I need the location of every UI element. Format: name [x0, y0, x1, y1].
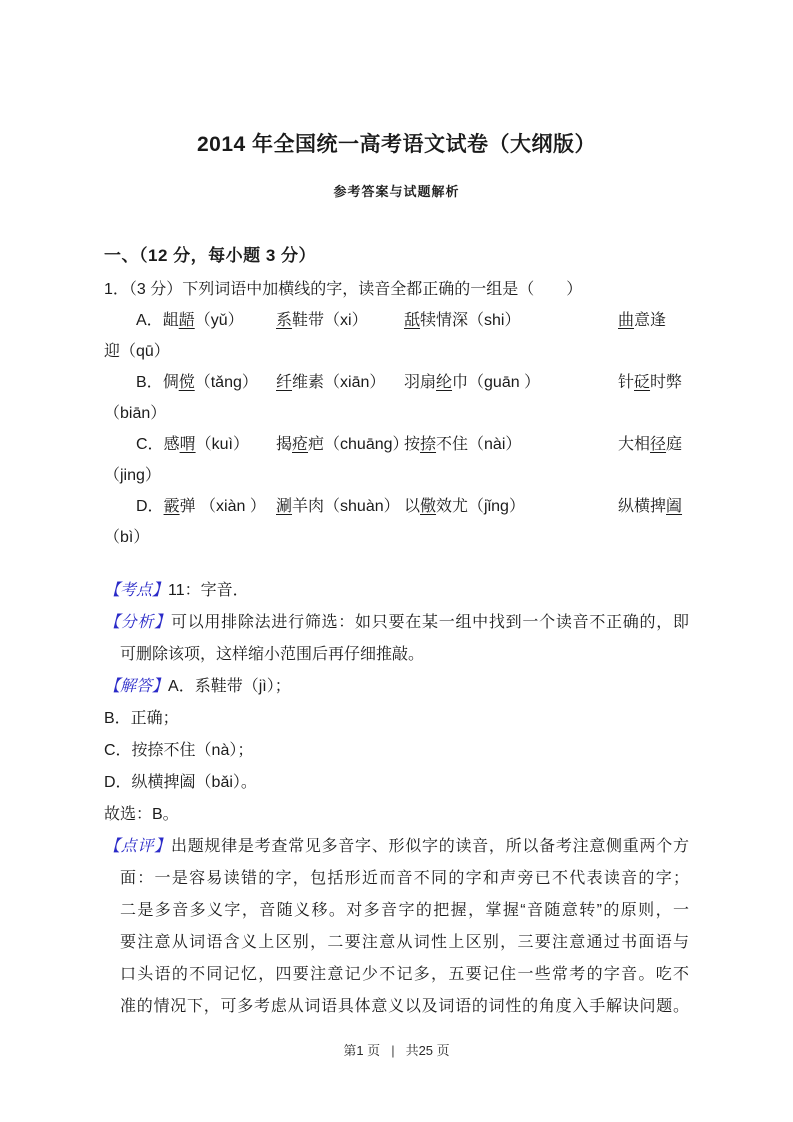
kaodian-text: 11：字音． — [168, 582, 249, 599]
option-A: A．龃龉（yǔ）系鞋带（xi）舐犊情深（shi）曲意逢迎（qū） — [104, 305, 689, 367]
underlined-char: 径 — [650, 436, 666, 453]
option-wrap-text: （biān） — [104, 398, 689, 429]
phrase-text: 维素（xiān） — [292, 374, 385, 391]
phrase-text: 感 — [164, 436, 180, 453]
underlined-char: 纤 — [276, 374, 292, 391]
phrase-text: 按 — [404, 436, 420, 453]
phrase-text: 龃 — [163, 312, 179, 329]
phrase-text: （kuì） — [196, 436, 249, 453]
phrase-text: （yǔ） — [195, 312, 244, 329]
jieda-line-1: 【解答】A．系鞋带（jì）； — [104, 671, 689, 703]
option-B: B．倜傥（tǎng）纤维素（xiān）羽扇纶巾（guān ）针砭时弊（biān） — [104, 367, 689, 429]
option-label: D． — [136, 498, 164, 515]
dianping-line-2: 面：一是容易读错的字，包括形近而音不同的字和声旁已不代表读音的字； — [104, 863, 689, 895]
option-phrase: 针砭时弊 — [618, 374, 682, 391]
underlined-char: 阖 — [666, 498, 682, 515]
phrase-text: 疤（chuāng） — [308, 436, 409, 453]
footer-separator: | — [391, 1043, 394, 1058]
phrase-text: 时弊 — [650, 374, 682, 391]
phrase-text: （tǎng） — [195, 374, 258, 391]
dianping-line-1: 【点评】出题规律是考查常见多音字、形似字的读音，所以备考注意侧重两个方 — [104, 831, 689, 863]
phrase-text: 巾（guān ） — [452, 374, 540, 391]
page-subtitle: 参考答案与试题解析 — [104, 184, 689, 200]
option-phrase: A．龃龉（yǔ） — [136, 305, 276, 336]
option-phrase: 以儆效尤（jǐng） — [404, 491, 618, 522]
option-wrap-text: （jing） — [104, 460, 689, 491]
option-wrap-text: 迎（qū） — [104, 336, 689, 367]
jieda-label: 【解答】 — [104, 678, 168, 695]
phrase-text: 意逢 — [634, 312, 666, 329]
underlined-char: 舐 — [404, 312, 420, 329]
option-phrase: D．霰弹 （xiàn ） — [136, 491, 276, 522]
dianping-line-4: 要注意从词语含义上区别，二要注意从词性上区别，三要注意通过书面语与 — [104, 927, 689, 959]
phrase-text: 揭 — [276, 436, 292, 453]
option-phrase: 舐犊情深（shi） — [404, 305, 618, 336]
phrase-text: 犊情深（shi） — [420, 312, 520, 329]
option-phrase: 纤维素（xiān） — [276, 367, 404, 398]
phrase-text: 不住（nài） — [436, 436, 521, 453]
phrase-text: 羽扇 — [404, 374, 436, 391]
fenxi-line-2: 可删除该项，这样缩小范围后再仔细推敲。 — [104, 639, 689, 671]
question-stem: 1．（3 分）下列词语中加横线的字，读音全都正确的一组是（ ） — [104, 274, 689, 305]
option-C: C．感喟（kuì）揭疮疤（chuāng）按捺不住（nài）大相径庭（jing） — [104, 429, 689, 491]
option-line-1: A．龃龉（yǔ）系鞋带（xi）舐犊情深（shi）曲意逢 — [104, 305, 689, 336]
jieda-text-1: A．系鞋带（jì）； — [168, 678, 291, 695]
dianping-line-5: 口头语的不同记忆，四要注意记少不记多，五要记住一些常考的字音。吃不 — [104, 959, 689, 991]
option-wrap-text: （bì） — [104, 522, 689, 553]
option-phrase: 羽扇纶巾（guān ） — [404, 367, 618, 398]
phrase-text: 倜 — [163, 374, 179, 391]
underlined-char: 疮 — [292, 436, 308, 453]
underlined-char: 捺 — [420, 436, 436, 453]
option-D: D．霰弹 （xiàn ）涮羊肉（shuàn）以儆效尤（jǐng）纵横捭阖（bì） — [104, 491, 689, 553]
phrase-text: 针 — [618, 374, 634, 391]
underlined-char: 傥 — [179, 374, 195, 391]
underlined-char: 曲 — [618, 312, 634, 329]
option-phrase: 揭疮疤（chuāng） — [276, 429, 404, 460]
option-phrase: B．倜傥（tǎng） — [136, 367, 276, 398]
fenxi-text-1: 可以用排除法进行筛选：如只要在某一组中找到一个读音不正确的，即 — [171, 614, 689, 631]
option-phrase: 按捺不住（nài） — [404, 429, 618, 460]
underlined-char: 涮 — [276, 498, 292, 515]
options-list: A．龃龉（yǔ）系鞋带（xi）舐犊情深（shi）曲意逢迎（qū）B．倜傥（tǎn… — [104, 305, 689, 553]
footer-current-page: 第1 页 — [343, 1043, 380, 1058]
dianping-label: 【点评】 — [104, 838, 171, 855]
phrase-text: 弹 （xiàn ） — [180, 498, 266, 515]
phrase-text: 大相 — [618, 436, 650, 453]
analysis-section: 【考点】11：字音． 【分析】可以用排除法进行筛选：如只要在某一组中找到一个读音… — [104, 575, 689, 1023]
fenxi-line-1: 【分析】可以用排除法进行筛选：如只要在某一组中找到一个读音不正确的，即 — [104, 607, 689, 639]
section-heading: 一、（12 分，每小题 3 分） — [104, 244, 689, 268]
jieda-conclusion: 故选：B。 — [104, 799, 689, 831]
underlined-char: 纶 — [436, 374, 452, 391]
option-label: B． — [136, 374, 163, 391]
jieda-line-4: D．纵横捭阖（bǎi）。 — [104, 767, 689, 799]
phrase-text: 效尤（jǐng） — [436, 498, 525, 515]
phrase-text: 羊肉（shuàn） — [292, 498, 400, 515]
page-footer: 第1 页|共25 页 — [0, 1040, 793, 1059]
option-phrase: 曲意逢 — [618, 312, 666, 329]
option-phrase: 大相径庭 — [618, 436, 682, 453]
option-phrase: 纵横捭阖 — [618, 498, 682, 515]
underlined-char: 儆 — [420, 498, 436, 515]
fenxi-label: 【分析】 — [104, 614, 171, 631]
underlined-char: 喟 — [180, 436, 196, 453]
jieda-line-2: B．正确； — [104, 703, 689, 735]
underlined-char: 系 — [276, 312, 292, 329]
question-1: 1．（3 分）下列词语中加横线的字，读音全都正确的一组是（ ） A．龃龉（yǔ）… — [104, 274, 689, 553]
dianping-text-1: 出题规律是考查常见多音字、形似字的读音，所以备考注意侧重两个方 — [171, 838, 689, 855]
option-label: C． — [136, 436, 164, 453]
option-line-1: B．倜傥（tǎng）纤维素（xiān）羽扇纶巾（guān ）针砭时弊 — [104, 367, 689, 398]
dianping-line-6: 准的情况下，可多考虑从词语具体意义以及词语的词性的角度入手解诀问题。 — [104, 991, 689, 1023]
phrase-text: 纵横捭 — [618, 498, 666, 515]
option-line-1: D．霰弹 （xiàn ）涮羊肉（shuàn）以儆效尤（jǐng）纵横捭阖 — [104, 491, 689, 522]
option-phrase: 涮羊肉（shuàn） — [276, 491, 404, 522]
underlined-char: 龉 — [179, 312, 195, 329]
jieda-line-3: C．按捺不住（nà）； — [104, 735, 689, 767]
kaodian-label: 【考点】 — [104, 582, 168, 599]
phrase-text: 鞋带（xi） — [292, 312, 368, 329]
option-label: A． — [136, 312, 163, 329]
document-page: 2014 年全国统一高考语文试卷（大纲版） 参考答案与试题解析 一、（12 分，… — [0, 0, 793, 1023]
dianping-line-3: 二是多音多义字，音随义移。对多音字的把握，掌握“音随意转”的原则，一 — [104, 895, 689, 927]
phrase-text: 以 — [404, 498, 420, 515]
option-phrase: 系鞋带（xi） — [276, 305, 404, 336]
page-title: 2014 年全国统一高考语文试卷（大纲版） — [104, 130, 689, 160]
underlined-char: 霰 — [164, 498, 180, 515]
kaodian-line: 【考点】11：字音． — [104, 575, 689, 607]
option-line-1: C．感喟（kuì）揭疮疤（chuāng）按捺不住（nài）大相径庭 — [104, 429, 689, 460]
phrase-text: 庭 — [666, 436, 682, 453]
option-phrase: C．感喟（kuì） — [136, 429, 276, 460]
footer-total-pages: 共25 页 — [406, 1043, 450, 1058]
underlined-char: 砭 — [634, 374, 650, 391]
